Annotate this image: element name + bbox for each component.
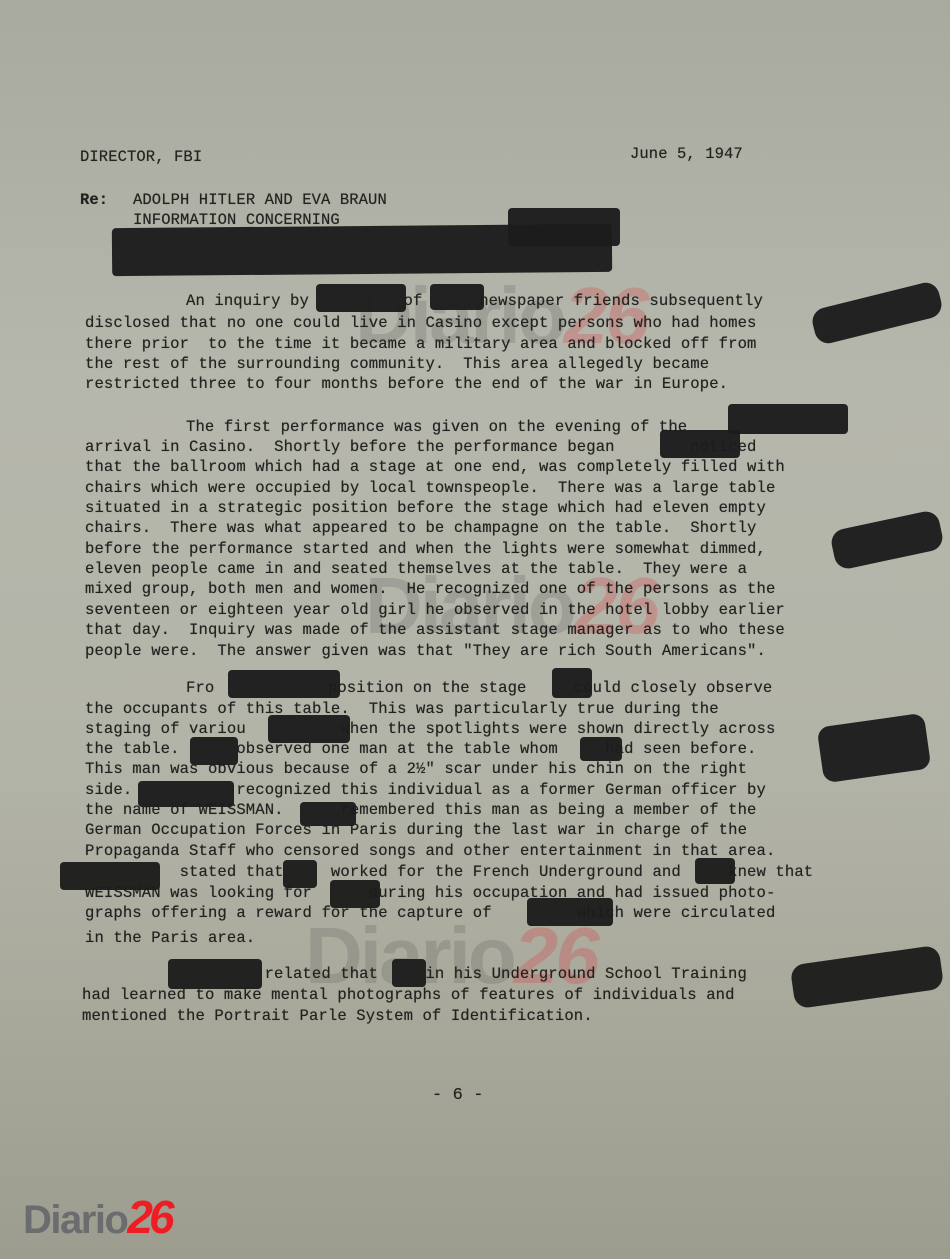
text-line: staging of variou when the spotlights we… [85,719,775,739]
redaction-block [829,509,945,571]
text-line: restricted three to four months before t… [85,374,728,394]
redaction-block [228,670,340,698]
text-line: the rest of the surrounding community. T… [85,354,709,374]
redaction-block [392,959,426,987]
text-line: seventeen or eighteen year old girl he o… [85,600,785,620]
redaction-block [300,802,356,826]
text-line: This man was obvious because of a 2½" sc… [85,759,747,779]
diario26-logo: Diario26 [23,1190,171,1244]
text-line: disclosed that no one could live in Casi… [85,313,757,333]
redaction-block [790,945,945,1009]
redaction-block [60,862,160,890]
redaction-block [580,737,622,761]
redaction-block [817,713,932,783]
memo-date: June 5, 1947 [630,144,743,164]
text-line: arrival in Casino. Shortly before the pe… [85,437,757,457]
redaction-block [330,880,380,908]
redaction-block [660,430,740,458]
redaction-block [552,668,592,698]
text-line: Propaganda Staff who censored songs and … [85,841,775,861]
redaction-block [508,208,620,246]
text-line: The first performance was given on the e… [186,417,687,437]
redaction-block [168,959,262,989]
text-line: mentioned the Portrait Parle System of I… [82,1006,593,1026]
redaction-block [283,860,317,888]
redaction-block [527,898,613,926]
text-line: the occupants of this table. This was pa… [85,699,719,719]
text-line: that day. Inquiry was made of the assist… [85,620,785,640]
text-line: chairs which were occupied by local town… [85,478,775,498]
redaction-block [316,284,406,312]
document-page: Diario26 Diario26 Diario26 DIRECTOR, FBI… [0,0,950,1259]
text-line: mixed group, both men and women. He reco… [85,579,775,599]
text-line: eleven people came in and seated themsel… [85,559,747,579]
re-label: Re: [80,190,108,210]
text-line: graphs offering a reward for the capture… [85,903,775,923]
redaction-block [190,737,238,765]
redaction-block [810,280,945,346]
page-number: - 6 - [432,1086,484,1106]
text-line: people were. The answer given was that "… [85,641,766,661]
text-line: WEISSMAN was looking for during his occu… [85,883,775,903]
text-line: before the performance started and when … [85,539,766,559]
memo-recipient: DIRECTOR, FBI [80,147,202,167]
subject-line-1: ADOLPH HITLER AND EVA BRAUN [133,190,387,210]
text-line: German Occupation Forces in Paris during… [85,820,747,840]
text-line: situated in a strategic position before … [85,498,766,518]
text-line: there prior to the time it became a mili… [85,334,757,354]
redaction-block [268,715,350,743]
redaction-block [695,858,735,884]
text-line: that the ballroom which had a stage at o… [85,457,785,477]
text-line: chairs. There was what appeared to be ch… [85,518,757,538]
redaction-block [430,284,484,310]
text-line: in the Paris area. [85,928,255,948]
redaction-block [728,404,848,434]
redaction-block [138,781,234,807]
text-line: the table. observed one man at the table… [85,739,757,759]
